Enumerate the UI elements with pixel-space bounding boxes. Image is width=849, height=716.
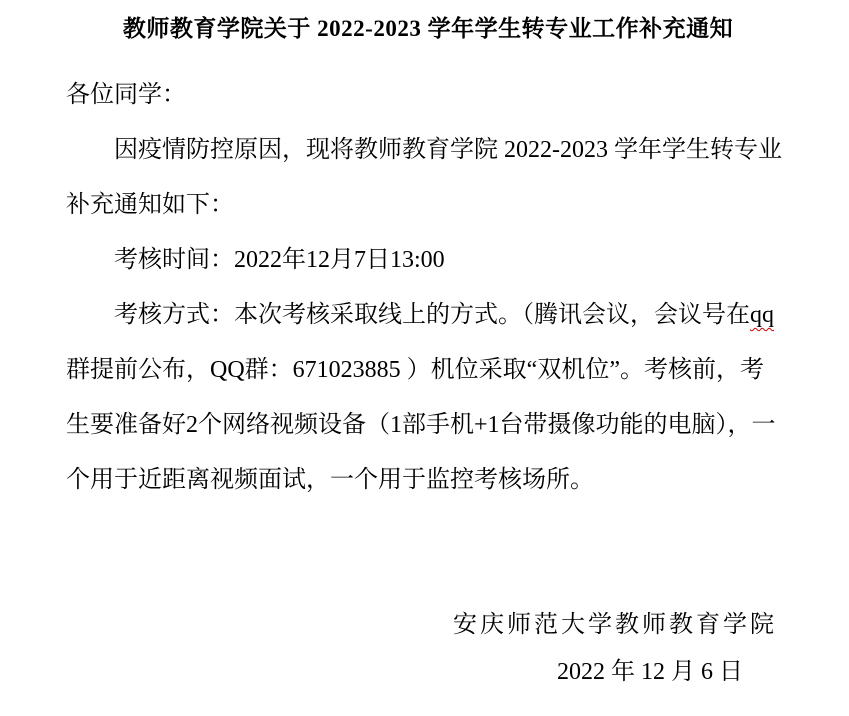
signature-date-line: 2022 年 12 月 6 日 — [66, 647, 790, 697]
spellcheck-wavy-underline-qq: qq — [750, 302, 774, 328]
exam-method-line-3: 生要准备好2个网络视频设备（1部手机+1台带摄像功能的电脑），一 — [66, 398, 790, 453]
exam-method-line-1-text: 考核方式：本次考核采取线上的方式。（腾讯会议，会议号在 — [114, 302, 750, 328]
signature-org-line: 安庆师范大学教师教育学院 — [66, 603, 790, 647]
intro-paragraph-line-2: 补充通知如下： — [66, 178, 790, 233]
salutation-line: 各位同学： — [66, 68, 790, 123]
exam-method-line-2: 群提前公布，QQ群：671023885 ）机位采取“双机位”。考核前，考 — [66, 343, 790, 398]
exam-time-line: 考核时间：2022年12月7日13:00 — [66, 233, 790, 288]
intro-paragraph-line-1: 因疫情防控原因，现将教师教育学院 2022-2023 学年学生转专业 — [66, 123, 790, 178]
document-title: 教师教育学院关于 2022-2023 学年学生转专业工作补充通知 — [66, 12, 790, 46]
exam-method-line-4: 个用于近距离视频面试，一个用于监控考核场所。 — [66, 453, 790, 508]
exam-method-line-1: 考核方式：本次考核采取线上的方式。（腾讯会议，会议号在qq — [66, 288, 790, 343]
notice-document-page: 教师教育学院关于 2022-2023 学年学生转专业工作补充通知 各位同学： 因… — [0, 0, 849, 716]
